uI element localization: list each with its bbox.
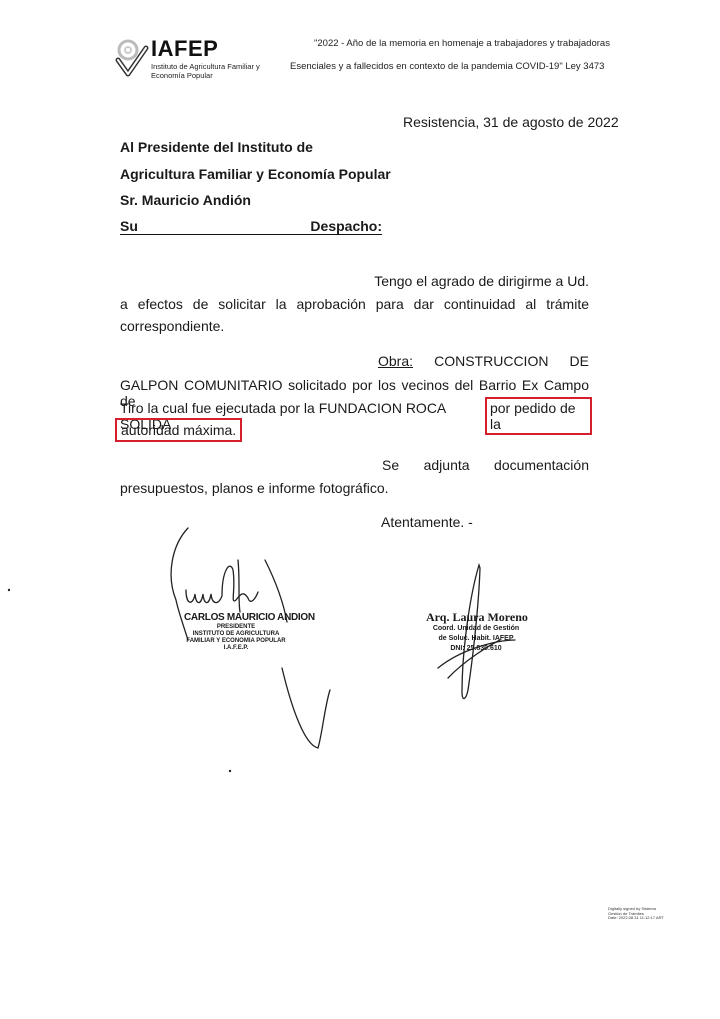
sig1-title-line: FAMILIAR Y ECONOMIA POPULAR <box>180 638 292 645</box>
addressee-line2: Agricultura Familiar y Economía Popular <box>120 166 391 182</box>
sig1-title-line: PRESIDENTE <box>180 624 292 631</box>
highlight-box-1: por pedido de la <box>488 400 589 432</box>
addressee-line1: Al Presidente del Instituto de <box>120 139 313 155</box>
p1-line2: a efectos de solicitar la aprobación par… <box>120 296 589 312</box>
sig2-title-line: DNI: 25.830.610 <box>426 644 526 654</box>
p2-line1-a: CONSTRUCCION <box>434 353 548 369</box>
p3-line2: presupuestos, planos e informe fotográfi… <box>120 480 589 496</box>
signature2-stamp: Arq. Laura Moreno Coord. Unidad de Gesti… <box>426 612 528 654</box>
despacho-right: Despacho: <box>310 219 382 234</box>
p3-word-se: Se <box>382 457 399 473</box>
p2-line1-b: DE <box>570 353 589 369</box>
p3-line1: Se adjunta documentación <box>382 457 589 473</box>
digital-signature-note: Digitally signed by Sistema Gestión de T… <box>608 907 664 921</box>
p1-line3: correspondiente. <box>120 318 589 334</box>
signature1-name: CARLOS MAURICIO ANDION <box>184 612 315 623</box>
despacho-left: Su <box>120 219 138 234</box>
iafep-logo-icon <box>114 36 150 78</box>
org-acronym: IAFEP <box>151 36 218 62</box>
motto-line1: "2022 - Año de la memoria en homenaje a … <box>314 38 610 49</box>
p1-line1: Tengo el agrado de dirigirme a Ud. <box>120 273 589 289</box>
org-name-line2: Economía Popular <box>151 71 271 80</box>
sig2-title-line: de Soluc. Habit. IAFEP <box>426 634 526 644</box>
signature1-title: PRESIDENTE INSTITUTO DE AGRICULTURA FAMI… <box>180 624 292 652</box>
handwritten-signatures <box>0 0 720 1019</box>
p2-line4-highlight: autoridad máxima. <box>118 421 239 439</box>
closing: Atentamente. - <box>381 514 473 530</box>
motto-line2: Esenciales y a fallecidos en contexto de… <box>290 61 604 72</box>
org-full-name: Instituto de Agricultura Familiar y Econ… <box>151 62 271 80</box>
addressee-line3: Sr. Mauricio Andión <box>120 192 251 208</box>
p3-word-documentacion: documentación <box>494 457 589 473</box>
p3-word-adjunta: adjunta <box>424 457 470 473</box>
su-despacho: Su Despacho: <box>120 219 382 235</box>
sig1-title-line: INSTITUTO DE AGRICULTURA <box>180 631 292 638</box>
signature2-name: Arq. Laura Moreno <box>426 610 528 624</box>
date-line: Resistencia, 31 de agosto de 2022 <box>403 114 619 130</box>
obra-label: Obra: <box>378 353 413 369</box>
highlight-box-2: autoridad máxima. <box>114 421 243 439</box>
org-name-line1: Instituto de Agricultura Familiar y <box>151 62 271 71</box>
sig1-title-line: I.A.F.E.P. <box>180 645 292 652</box>
digsig-line: Date: 2022.08.31 11:12:17 ART <box>608 916 664 921</box>
sig2-title-line: Coord. Unidad de Gestión <box>426 624 526 634</box>
p2-line1: Obra: CONSTRUCCION DE <box>378 353 589 369</box>
